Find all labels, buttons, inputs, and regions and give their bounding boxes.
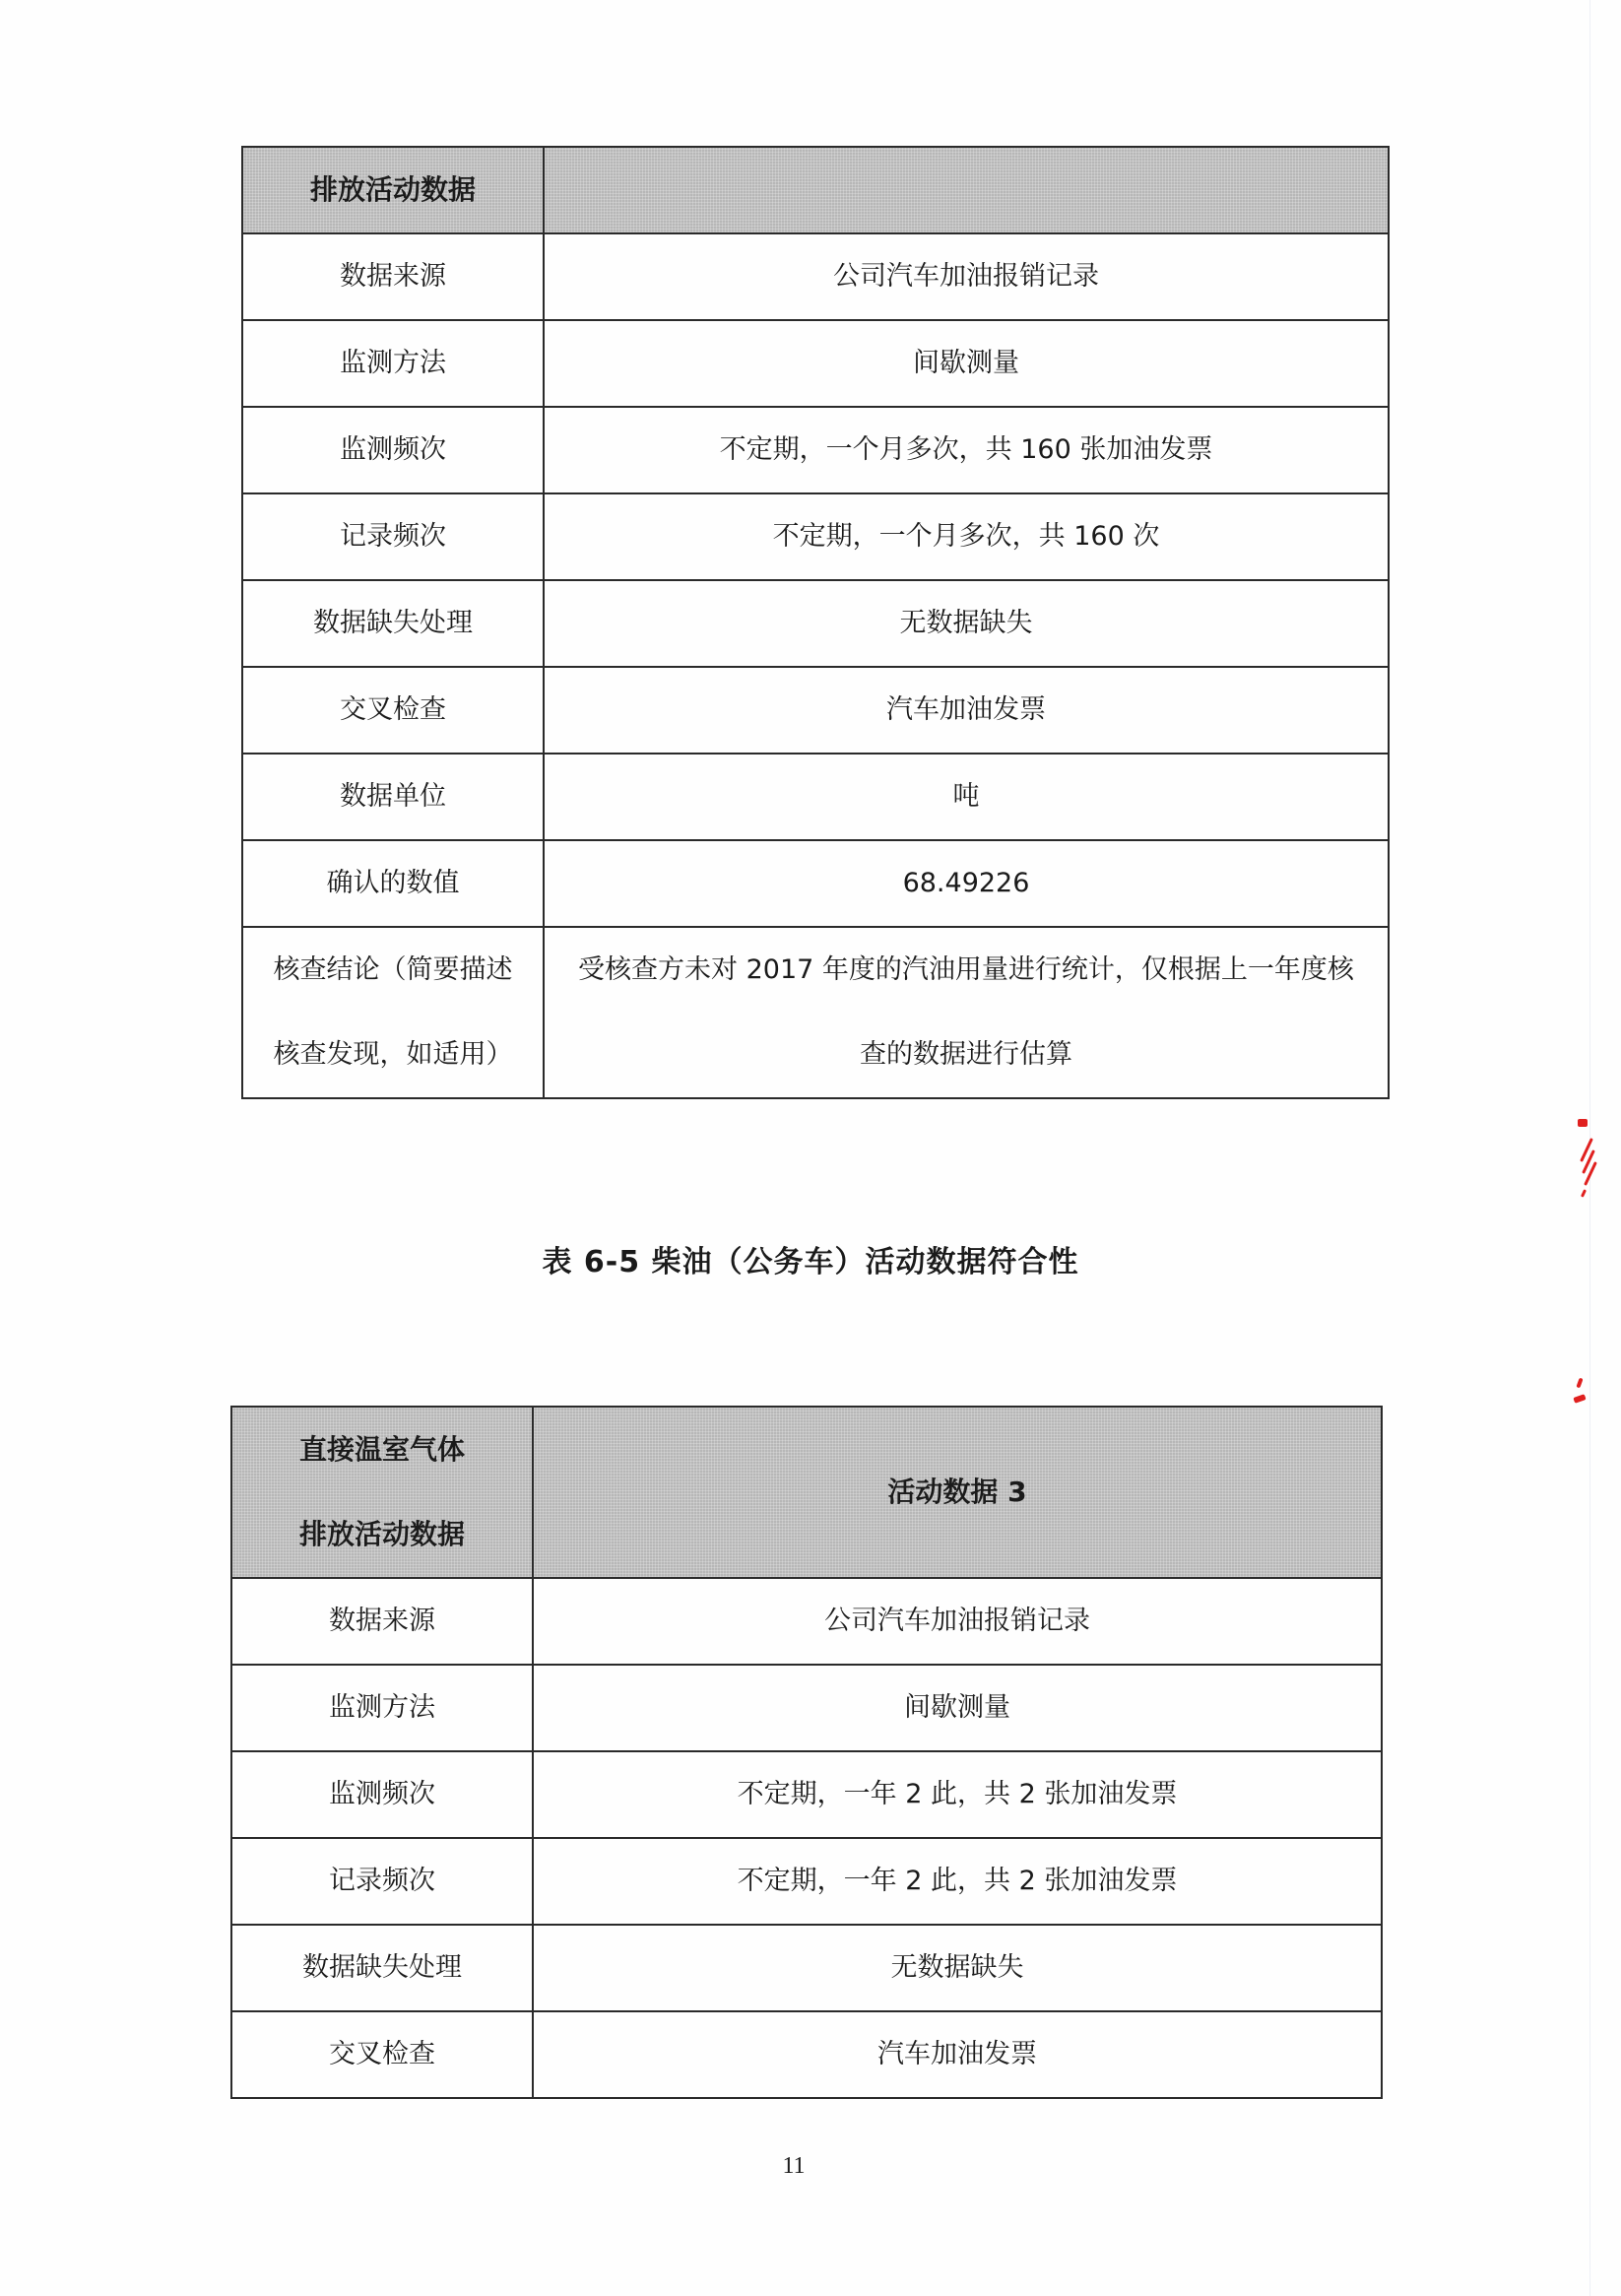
table-row: 监测频次 不定期，一个月多次，共 160 张加油发票 [242, 407, 1389, 493]
header-label-cell: 直接温室气体 排放活动数据 [231, 1407, 533, 1578]
conclusion-label-line1: 核查结论（简要描述 [249, 928, 537, 1013]
row-value: 间歇测量 [544, 320, 1389, 407]
table-row: 确认的数值 68.49226 [242, 840, 1389, 927]
conclusion-value-line1: 受核查方未对 2017 年度的汽油用量进行统计，仅根据上一年度核 [551, 928, 1382, 1013]
row-label: 数据单位 [242, 754, 544, 840]
row-value: 不定期，一个月多次，共 160 次 [544, 493, 1389, 580]
seal-mark [1573, 1394, 1586, 1404]
document-page: 排放活动数据 数据来源 公司汽车加油报销记录 监测方法 间歇测量 监测频次 不定… [0, 0, 1621, 2296]
table-caption: 表 6-5 柴油（公务车）活动数据符合性 [0, 1237, 1621, 1280]
row-label: 交叉检查 [242, 667, 544, 754]
page-number: 11 [0, 2153, 1588, 2180]
row-value: 无数据缺失 [544, 580, 1389, 667]
header-label-cell: 排放活动数据 [242, 147, 544, 233]
row-label: 数据缺失处理 [231, 1925, 533, 2011]
header-label-line1: 直接温室气体 [238, 1408, 526, 1492]
row-label: 确认的数值 [242, 840, 544, 927]
table-header-row: 直接温室气体 排放活动数据 活动数据 3 [231, 1407, 1382, 1578]
row-value: 吨 [544, 754, 1389, 840]
row-value: 汽车加油发票 [544, 667, 1389, 754]
row-label: 交叉检查 [231, 2011, 533, 2098]
row-label: 记录频次 [242, 493, 544, 580]
header-value-cell [544, 147, 1389, 233]
row-label: 数据来源 [231, 1578, 533, 1665]
activity-data-table-gasoline: 排放活动数据 数据来源 公司汽车加油报销记录 监测方法 间歇测量 监测频次 不定… [241, 146, 1390, 1099]
table-row: 监测方法 间歇测量 [242, 320, 1389, 407]
row-label: 监测方法 [242, 320, 544, 407]
row-label: 数据缺失处理 [242, 580, 544, 667]
header-value-cell: 活动数据 3 [533, 1407, 1382, 1578]
seal-stamp-fragment-icon [1574, 1374, 1593, 1413]
row-value: 68.49226 [544, 840, 1389, 927]
row-value: 不定期，一年 2 此，共 2 张加油发票 [533, 1838, 1382, 1925]
seal-stamp-fragment-icon [1574, 1113, 1593, 1202]
table-row: 监测方法 间歇测量 [231, 1665, 1382, 1751]
row-label: 记录频次 [231, 1838, 533, 1925]
row-value: 汽车加油发票 [533, 2011, 1382, 2098]
row-value: 不定期，一年 2 此，共 2 张加油发票 [533, 1751, 1382, 1838]
conclusion-value: 受核查方未对 2017 年度的汽油用量进行统计，仅根据上一年度核 查的数据进行估… [544, 927, 1389, 1098]
seal-mark [1581, 1189, 1587, 1198]
table-row: 数据来源 公司汽车加油报销记录 [231, 1578, 1382, 1665]
table-row: 监测频次 不定期，一年 2 此，共 2 张加油发票 [231, 1751, 1382, 1838]
row-label: 监测频次 [231, 1751, 533, 1838]
row-label: 数据来源 [242, 233, 544, 320]
row-value: 公司汽车加油报销记录 [533, 1578, 1382, 1665]
table-header-row: 排放活动数据 [242, 147, 1389, 233]
table-row-conclusion: 核查结论（简要描述 核查发现，如适用） 受核查方未对 2017 年度的汽油用量进… [242, 927, 1389, 1098]
row-value: 间歇测量 [533, 1665, 1382, 1751]
table-row: 数据缺失处理 无数据缺失 [242, 580, 1389, 667]
seal-mark [1576, 1378, 1583, 1389]
row-value: 无数据缺失 [533, 1925, 1382, 2011]
table-row: 记录频次 不定期，一个月多次，共 160 次 [242, 493, 1389, 580]
seal-mark [1578, 1119, 1588, 1127]
table-row: 数据单位 吨 [242, 754, 1389, 840]
row-label: 监测方法 [231, 1665, 533, 1751]
row-value: 不定期，一个月多次，共 160 张加油发票 [544, 407, 1389, 493]
table-row: 交叉检查 汽车加油发票 [231, 2011, 1382, 2098]
table-row: 记录频次 不定期，一年 2 此，共 2 张加油发票 [231, 1838, 1382, 1925]
row-value: 公司汽车加油报销记录 [544, 233, 1389, 320]
table-row: 数据来源 公司汽车加油报销记录 [242, 233, 1389, 320]
table-row: 交叉检查 汽车加油发票 [242, 667, 1389, 754]
activity-data-table-diesel: 直接温室气体 排放活动数据 活动数据 3 数据来源 公司汽车加油报销记录 监测方… [230, 1406, 1383, 2099]
row-label: 监测频次 [242, 407, 544, 493]
conclusion-label-line2: 核查发现，如适用） [249, 1013, 537, 1097]
header-label-line2: 排放活动数据 [238, 1492, 526, 1577]
table-row: 数据缺失处理 无数据缺失 [231, 1925, 1382, 2011]
conclusion-value-line2: 查的数据进行估算 [551, 1013, 1382, 1097]
conclusion-label: 核查结论（简要描述 核查发现，如适用） [242, 927, 544, 1098]
